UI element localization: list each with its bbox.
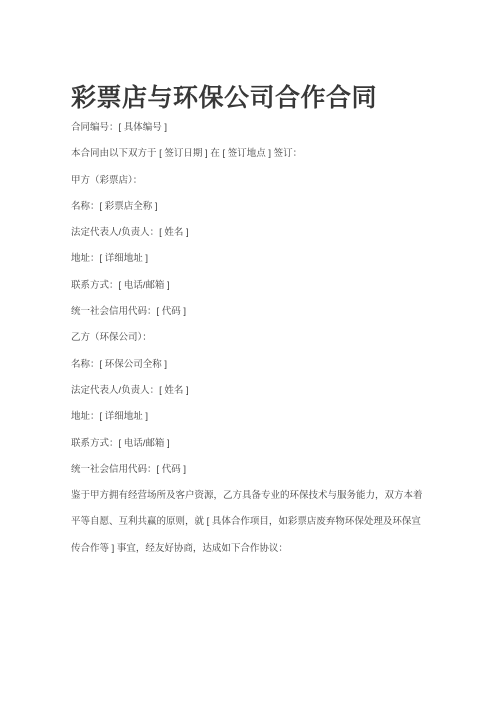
party-a-representative-line: 法定代表人/负责人：[ 姓名 ] xyxy=(71,220,457,246)
party-a-heading: 甲方（彩票店）： xyxy=(71,168,457,194)
party-b-contact-line: 联系方式：[ 电话/邮箱 ] xyxy=(71,431,457,457)
preamble-line-2: 平等自愿、互利共赢的原则，就 [ 具体合作项目，如彩票店废弃物环保处理及环保宣 xyxy=(71,509,457,535)
document-body: 合同编号：[ 具体编号 ] 本合同由以下双方于 [ 签订日期 ] 在 [ 签订地… xyxy=(71,115,457,562)
preamble-line-3: 传合作等 ] 事宜，经友好协商，达成如下合作协议： xyxy=(71,536,457,562)
contract-number-line: 合同编号：[ 具体编号 ] xyxy=(71,115,457,141)
party-b-address-line: 地址：[ 详细地址 ] xyxy=(71,404,457,430)
document-title: 彩票店与环保公司合作合同 xyxy=(71,83,377,114)
contract-document-page: 彩票店与环保公司合作合同 合同编号：[ 具体编号 ] 本合同由以下双方于 [ 签… xyxy=(0,0,500,707)
signing-intro-line: 本合同由以下双方于 [ 签订日期 ] 在 [ 签订地点 ] 签订： xyxy=(71,141,457,167)
party-b-representative-line: 法定代表人/负责人：[ 姓名 ] xyxy=(71,378,457,404)
party-b-heading: 乙方（环保公司）： xyxy=(71,325,457,351)
party-b-name-line: 名称：[ 环保公司全称 ] xyxy=(71,352,457,378)
party-a-address-line: 地址：[ 详细地址 ] xyxy=(71,246,457,272)
party-a-credit-code-line: 统一社会信用代码：[ 代码 ] xyxy=(71,299,457,325)
preamble-line-1: 鉴于甲方拥有经营场所及客户资源，乙方具备专业的环保技术与服务能力，双方本着 xyxy=(71,483,457,509)
party-a-name-line: 名称：[ 彩票店全称 ] xyxy=(71,194,457,220)
party-b-credit-code-line: 统一社会信用代码：[ 代码 ] xyxy=(71,457,457,483)
party-a-contact-line: 联系方式：[ 电话/邮箱 ] xyxy=(71,273,457,299)
